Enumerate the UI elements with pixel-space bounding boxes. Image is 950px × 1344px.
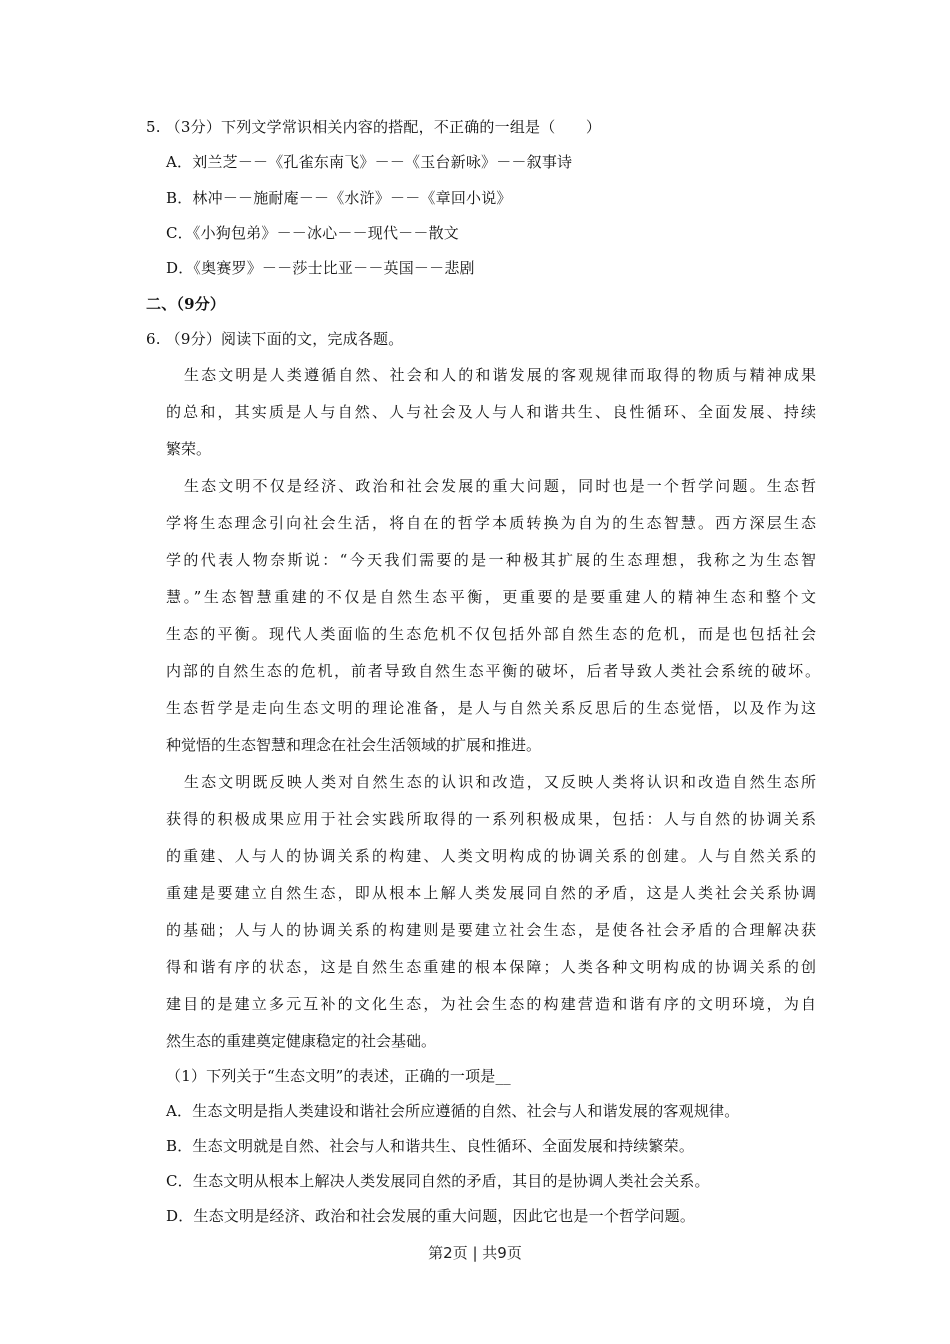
passage-p3-line: 的重建、人与人的协调关系的构建、人类文明构成的协调关系的创建。人与自然关系的 xyxy=(166,846,816,866)
passage-p1-line: 的总和，其实质是人与自然、人与社会及人与人和谐共生、良性循环、全面发展、持续 xyxy=(166,402,816,422)
passage-p2-line: 种觉悟的生态智慧和理念在社会生活领域的扩展和推进。 xyxy=(166,735,816,755)
page-indicator: 第2页 | 共9页 xyxy=(0,1243,950,1263)
passage-p2-line: 学的代表人物奈斯说：“今天我们需要的是一种极其扩展的生态理想，我称之为生态智 xyxy=(166,550,816,570)
passage-p3-line: 生态文明既反映人类对自然生态的认识和改造，又反映人类将认识和改造自然生态所 xyxy=(184,772,816,792)
passage-p2-line: 慧。”生态智慧重建的不仅是自然生态平衡，更重要的是要重建人的精神生态和整个文 xyxy=(166,587,816,607)
document-page: 5. （3分）下列文学常识相关内容的搭配，不正确的一组是（ ） A．刘兰芝－－《… xyxy=(0,0,950,1344)
question-6-1-option-d: D．生态文明是经济、政治和社会发展的重大问题，因此它也是一个哲学问题。 xyxy=(166,1206,695,1226)
passage-p3-line: 然生态的重建奠定健康稳定的社会基础。 xyxy=(166,1031,816,1051)
passage-p3-line: 获得的积极成果应用于社会实践所取得的一系列积极成果，包括：人与自然的协调关系 xyxy=(166,809,816,829)
question-6-1-option-b: B．生态文明就是自然、社会与人和谐共生、良性循环、全面发展和持续繁荣。 xyxy=(166,1136,694,1156)
question-5-option-b: B．林冲－－施耐庵－－《水浒》－－《章回小说》 xyxy=(166,188,512,208)
passage-p2-line: 生态的平衡。现代人类面临的生态危机不仅包括外部自然生态的危机，而是也包括社会 xyxy=(166,624,816,644)
question-5-option-d: D．《奥赛罗》－－莎士比亚－－英国－－悲剧 xyxy=(166,258,475,278)
passage-p3-line: 得和谐有序的状态，这是自然生态重建的根本保障；人类各种文明构成的协调关系的创 xyxy=(166,957,816,977)
passage-p3-line: 重建是要建立自然生态，即从根本上解人类发展同自然的矛盾，这是人类社会关系协调 xyxy=(166,883,816,903)
passage-p2-line: 生态文明不仅是经济、政治和社会发展的重大问题，同时也是一个哲学问题。生态哲 xyxy=(184,476,816,496)
passage-p2-line: 生态哲学是走向生态文明的理论准备，是人与自然关系反思后的生态觉悟，以及作为这 xyxy=(166,698,816,718)
question-5-stem: 5. （3分）下列文学常识相关内容的搭配，不正确的一组是（ ） xyxy=(146,117,601,137)
question-6-stem: 6. （9分）阅读下面的文，完成各题。 xyxy=(146,329,403,349)
question-5-option-c: C．《小狗包弟》－－冰心－－现代－－散文 xyxy=(166,223,459,243)
passage-p2-line: 内部的自然生态的危机，前者导致自然生态平衡的破坏，后者导致人类社会系统的破坏。 xyxy=(166,661,820,681)
passage-p1-line: 繁荣。 xyxy=(166,439,816,459)
question-6-1-option-a: A．生态文明是指人类建设和谐社会所应遵循的自然、社会与人和谐发展的客观规律。 xyxy=(166,1101,739,1121)
passage-p3-line: 的基础；人与人的协调关系的构建则是要建立社会生态，是使各社会矛盾的合理解决获 xyxy=(166,920,816,940)
passage-p3-line: 建目的是建立多元互补的文化生态，为社会生态的构建营造和谐有序的文明环境，为自 xyxy=(166,994,816,1014)
passage-p1-line: 生态文明是人类遵循自然、社会和人的和谐发展的客观规律而取得的物质与精神成果 xyxy=(184,365,816,385)
question-5-option-a: A．刘兰芝－－《孔雀东南飞》－－《玉台新咏》－－叙事诗 xyxy=(166,152,572,172)
passage-p2-line: 学将生态理念引向社会生活，将自在的哲学本质转换为自为的生态智慧。西方深层生态 xyxy=(166,513,816,533)
question-6-1-stem: （1）下列关于“生态文明”的表述，正确的一项是__ xyxy=(166,1066,511,1086)
section-2-heading: 二、（9分） xyxy=(146,294,225,314)
question-6-1-option-c: C．生态文明从根本上解决人类发展同自然的矛盾，其目的是协调人类社会关系。 xyxy=(166,1171,710,1191)
